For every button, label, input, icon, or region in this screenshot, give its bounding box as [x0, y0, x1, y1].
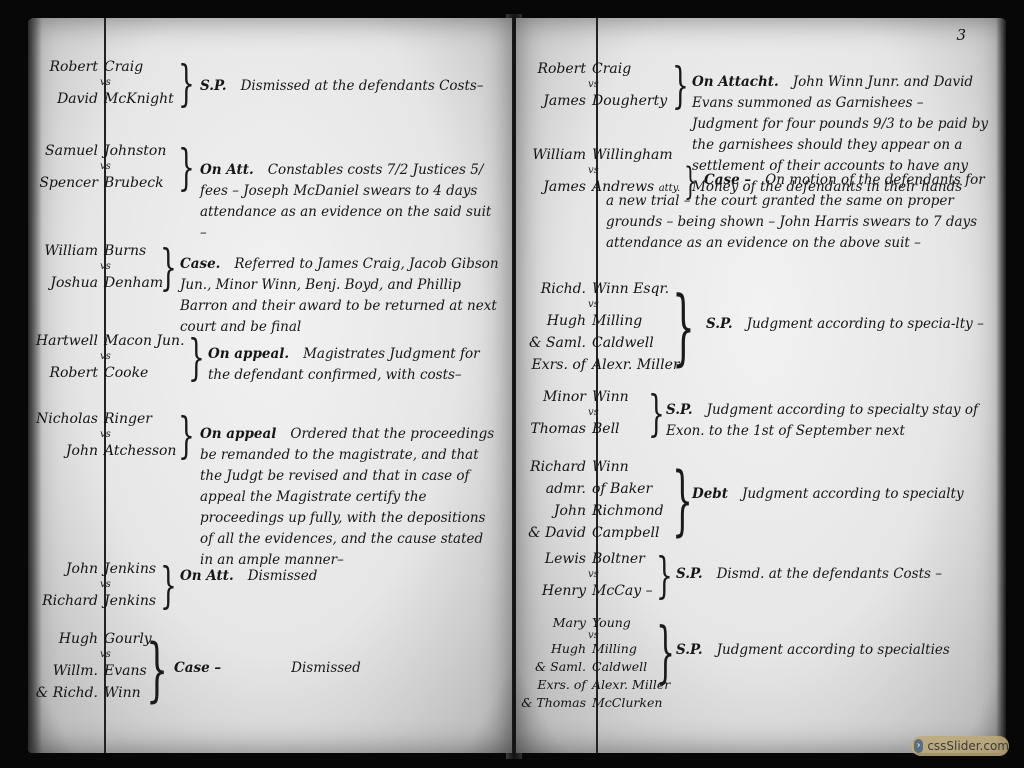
versus-mark: vs: [520, 300, 670, 310]
parties: Richd.Winn Esqr. vs HughMilling & Saml.C…: [520, 278, 670, 376]
defendant-2: & DavidCampbell: [520, 522, 670, 544]
ruling: S.P.Judgment according to specialties: [676, 640, 996, 661]
defendant: RobertCooke: [32, 362, 182, 384]
defendant: HughMilling: [520, 640, 670, 658]
ruling: On Att.Constables costs 7/2 Justices 5/ …: [200, 160, 500, 244]
defendant: HughMilling: [520, 310, 670, 332]
left-page: RobertCraig vs DavidMcKnight } S.P.Dismi…: [28, 18, 512, 753]
plaintiff: Richd.Winn Esqr.: [520, 278, 670, 300]
watermark-link[interactable]: › cssSlider.com: [911, 736, 1009, 756]
versus-mark: vs: [32, 430, 182, 440]
plaintiff: RobertCraig: [32, 56, 182, 78]
ruling: On appealOrdered that the proceedings be…: [200, 424, 500, 571]
ruling: Case –Dismissed: [174, 658, 434, 679]
brace: }: [188, 330, 205, 386]
plaintiff: LewisBoltner: [520, 548, 670, 570]
versus-mark: vs: [32, 162, 182, 172]
versus-mark: vs: [32, 352, 182, 362]
defendant: JohnAtchesson: [32, 440, 182, 462]
versus-mark: vs: [520, 632, 670, 640]
versus-mark: vs: [520, 80, 670, 90]
ruling: S.P.Dismd. at the defendants Costs –: [676, 564, 986, 585]
defendant-2: & Saml.Caldwell: [520, 658, 670, 676]
ruling: Case –On motion of the defendants for a …: [606, 170, 986, 254]
parties: RichardWinn admr.of Baker JohnRichmond &…: [520, 456, 670, 544]
defendant-2: & Saml.Caldwell: [520, 332, 670, 354]
parties: RobertCraig vs JamesDougherty: [520, 58, 670, 112]
plaintiff: WilliamWillingham: [520, 144, 670, 166]
ruling: S.P.Dismissed at the defendants Costs–: [200, 76, 500, 97]
ruling: Case.Referred to James Craig, Jacob Gibs…: [180, 254, 505, 338]
parties: MaryYoung vs HughMilling & Saml.Caldwell…: [520, 614, 670, 712]
defendant: SpencerBrubeck: [32, 172, 182, 194]
defendant-3: Exrs. ofAlexr. Miller: [520, 676, 670, 694]
brace: }: [672, 58, 689, 114]
versus-mark: vs: [520, 570, 670, 580]
defendant: JamesDougherty: [520, 90, 670, 112]
defendant: JohnRichmond: [520, 500, 670, 522]
parties: HartwellMacon Jun. vs RobertCooke: [32, 330, 182, 384]
brace: }: [648, 386, 665, 442]
versus-mark: vs: [32, 78, 182, 88]
defendant: HenryMcCay –: [520, 580, 670, 602]
brace: }: [178, 56, 195, 112]
brace: }: [672, 278, 695, 375]
plaintiff: SamuelJohnston: [32, 140, 182, 162]
defendant-3: Exrs. ofAlexr. Miller: [520, 354, 670, 376]
watermark-text: cssSlider.com: [927, 739, 1009, 753]
parties: RobertCraig vs DavidMcKnight: [32, 56, 182, 110]
brace: }: [146, 628, 168, 710]
parties: NicholasRinger vs JohnAtchesson: [32, 408, 182, 462]
brace: }: [656, 614, 675, 691]
plaintiff: RobertCraig: [520, 58, 670, 80]
parties: SamuelJohnston vs SpencerBrubeck: [32, 140, 182, 194]
defendant: DavidMcKnight: [32, 88, 182, 110]
brace: }: [160, 558, 177, 614]
brace: }: [160, 240, 177, 296]
image-viewer: RobertCraig vs DavidMcKnight } S.P.Dismi…: [0, 0, 1024, 768]
brace: }: [178, 140, 195, 196]
right-page: 3 RobertCraig vs JamesDougherty } On Att…: [516, 18, 1006, 753]
ruling: On Att.Dismissed: [180, 566, 420, 587]
ruling: S.P.Judgment according to specialty stay…: [666, 400, 996, 442]
parties: LewisBoltner vs HenryMcCay –: [520, 548, 670, 602]
brace: }: [672, 456, 693, 545]
page-number: 3: [956, 26, 966, 44]
defendant-4: & ThomasMcClurken: [520, 694, 670, 712]
ruling: S.P.Judgment according to specia-lty –: [706, 314, 996, 335]
plaintiff-2: admr.of Baker: [520, 478, 670, 500]
chevron-right-icon: ›: [914, 739, 923, 753]
ruling: DebtJudgment according to specialty: [692, 484, 992, 505]
plaintiff: HartwellMacon Jun.: [32, 330, 182, 352]
ruling: On appeal.Magistrates Judgment for the d…: [208, 344, 498, 386]
brace: }: [656, 548, 673, 604]
page-edge-shadow: [996, 18, 1006, 753]
brace: }: [178, 408, 195, 464]
plaintiff: RichardWinn: [520, 456, 670, 478]
plaintiff: NicholasRinger: [32, 408, 182, 430]
